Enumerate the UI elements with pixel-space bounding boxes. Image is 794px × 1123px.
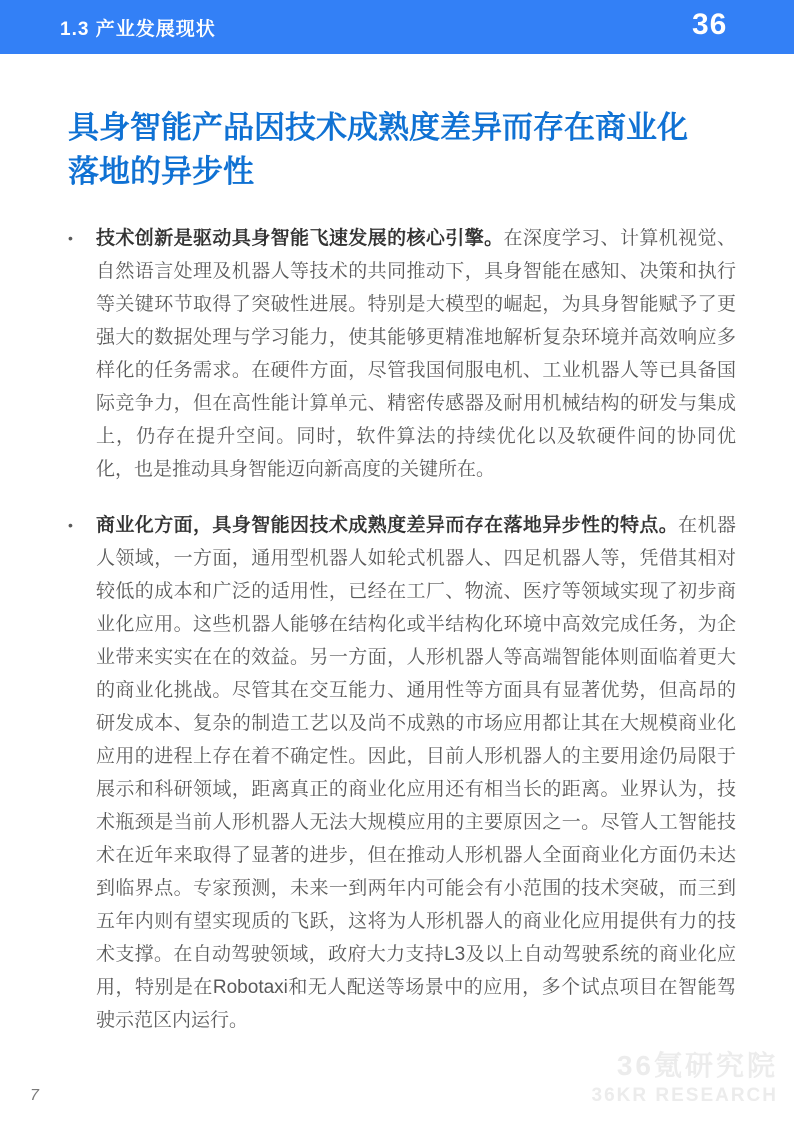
section-heading: 1.3 产业发展现状	[60, 0, 216, 54]
report-page: 1.3 产业发展现状 36 Kr 具身智能产品因技术成熟度差异而存在商业化落地的…	[0, 0, 794, 1123]
bullet-paragraph: 技术创新是驱动具身智能飞速发展的核心引擎。在深度学习、计算机视觉、自然语言处理及…	[96, 222, 736, 486]
bullet-item: • 商业化方面，具身智能因技术成熟度差异而存在落地异步性的特点。在机器人领域，一…	[68, 509, 736, 1037]
watermark: 36氪研究院 36KR RESEARCH	[592, 1052, 778, 1105]
bullet-item: • 技术创新是驱动具身智能飞速发展的核心引擎。在深度学习、计算机视觉、自然语言处…	[68, 222, 736, 486]
bullet-lead-text: 技术创新是驱动具身智能飞速发展的核心引擎。	[96, 228, 504, 249]
bullet-lead-text: 商业化方面，具身智能因技术成熟度差异而存在落地异步性的特点。	[96, 515, 678, 536]
bullet-icon: •	[68, 509, 96, 1037]
36kr-logo: 36 Kr	[692, 0, 794, 78]
bullet-icon: •	[68, 222, 96, 486]
watermark-en-text: 36KR RESEARCH	[592, 1086, 778, 1105]
bullet-body-text: 在深度学习、计算机视觉、自然语言处理及机器人等技术的共同推动下，具身智能在感知、…	[96, 228, 736, 480]
bullet-body-text: 在机器人领域，一方面，通用型机器人如轮式机器人、四足机器人等，凭借其相对较低的成…	[96, 515, 736, 1031]
page-number: 7	[30, 1087, 39, 1105]
page-title: 具身智能产品因技术成熟度差异而存在商业化落地的异步性	[68, 106, 703, 194]
bullet-paragraph: 商业化方面，具身智能因技术成熟度差异而存在落地异步性的特点。在机器人领域，一方面…	[96, 509, 736, 1037]
body-content: • 技术创新是驱动具身智能飞速发展的核心引擎。在深度学习、计算机视觉、自然语言处…	[68, 222, 736, 1060]
logo-36-text: 36	[692, 10, 727, 40]
logo-kr-text: Kr	[727, 6, 794, 82]
watermark-cn-text: 36氪研究院	[592, 1052, 778, 1080]
